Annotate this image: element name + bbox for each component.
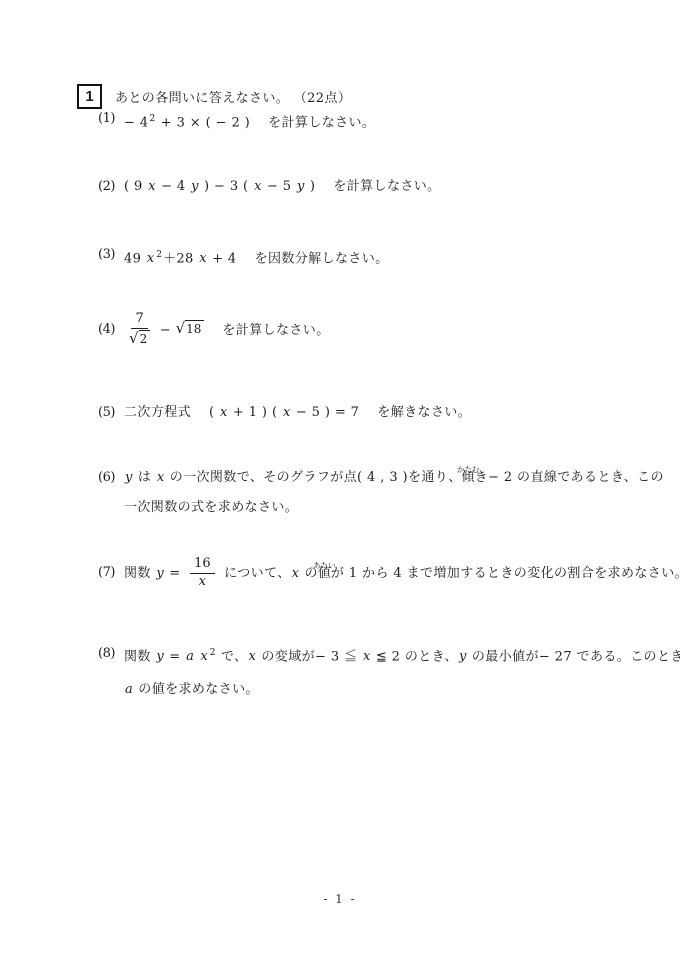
section-number: 1	[85, 88, 93, 105]
text-run: き− 2 の直線であるとき、この	[475, 470, 664, 485]
text-run: 49	[124, 251, 146, 266]
math-variable: x	[156, 470, 165, 485]
text-run: 二次方程式	[124, 405, 191, 420]
math-variable: a	[124, 682, 134, 697]
text-run: 関数	[124, 566, 155, 581]
radical-icon: √	[176, 319, 186, 337]
text-run: について、	[220, 566, 291, 581]
text-run: を因数分解しなさい。	[255, 251, 389, 266]
numerator: 7	[131, 312, 147, 329]
denominator: √2	[129, 329, 150, 349]
text-run: − 5	[262, 179, 296, 194]
text-run: ) − 3 (	[199, 179, 253, 194]
question-5: (5) 二次方程式( x + 1 ) ( x − 5 ) = 7を解きなさい。	[98, 403, 636, 423]
text-run: (	[209, 405, 219, 420]
math-variable: x	[146, 251, 155, 266]
ruby-word: 値あたい	[318, 564, 331, 584]
question-body: 関数 y = 16x について、x の値あたいが 1 から 4 まで増加するとき…	[124, 557, 636, 590]
fraction: 7√2	[129, 312, 150, 349]
radicand: 18	[185, 320, 204, 338]
text-run: で、	[216, 649, 247, 664]
question-body: 関数 y = a x2 で、x の変域が− 3 ≦ x ≦ 2 のとき、y の最…	[124, 637, 636, 706]
numerator: 16	[190, 557, 215, 574]
math-variable: y	[155, 649, 164, 664]
furigana: かたむ	[457, 455, 480, 485]
exponent: 2	[156, 250, 162, 260]
page-number: - 1 -	[0, 892, 680, 906]
question-6: (6) y は x の一次関数で、そのグラフが点( 4 , 3 )を通り、傾かた…	[98, 463, 636, 523]
exponent: 2	[150, 114, 156, 124]
text-run: を計算しなさい。	[333, 179, 440, 194]
text-run: − 4	[124, 115, 149, 130]
question-body: − 42 + 3 × ( − 2 )を計算しなさい。	[124, 109, 636, 133]
question-label: (5)	[98, 403, 124, 423]
square-root: √2	[129, 330, 150, 348]
text-run: + 1 ) (	[228, 405, 282, 420]
question-label: (8)	[98, 637, 124, 670]
question-7: (7) 関数 y = 16x について、x の値あたいが 1 から 4 まで増加…	[98, 551, 636, 595]
section-instruction: あとの各問いに答えなさい。 （22点）	[115, 87, 351, 106]
question-3: (3) 49 x2＋28 x + 4を因数分解しなさい。	[98, 245, 636, 269]
math-variable: x	[147, 179, 156, 194]
text-run: の最小値が− 27 である。このとき、	[467, 649, 680, 664]
exponent: 2	[210, 648, 216, 658]
math-variable: y	[296, 179, 305, 194]
text-run: を計算しなさい。	[268, 115, 375, 130]
text-run: + 3 × ( − 2 )	[156, 115, 250, 130]
question-8: (8) 関数 y = a x2 で、x の変域が− 3 ≦ x ≦ 2 のとき、…	[98, 637, 636, 706]
math-variable: x	[282, 405, 291, 420]
radical-icon: √	[129, 329, 139, 347]
text-run: は	[133, 470, 155, 485]
math-variable: x	[362, 649, 371, 664]
fraction: 16x	[190, 557, 215, 590]
question-2: (2) ( 9 x − 4 y ) − 3 ( x − 5 y )を計算しなさい…	[98, 177, 636, 197]
text-run: =	[165, 566, 185, 581]
ruby-word: 傾かたむ	[462, 463, 475, 493]
question-label: (2)	[98, 177, 124, 197]
text-run: 16	[194, 556, 211, 571]
question-label: (6)	[98, 463, 124, 493]
math-variable: x	[198, 574, 207, 589]
text-run: の値を求めなさい。	[134, 682, 259, 697]
text-run: =	[165, 649, 185, 664]
question-body: 49 x2＋28 x + 4を因数分解しなさい。	[124, 245, 636, 269]
text-run: の一次関数で、そのグラフが点( 4 , 3 )を通り、	[165, 470, 461, 485]
text-run: + 4	[208, 251, 237, 266]
furigana: あたい	[313, 556, 336, 576]
math-variable: x	[253, 179, 262, 194]
math-variable: x	[198, 251, 207, 266]
question-4: (4) 7√2 − √18を計算しなさい。	[98, 307, 636, 353]
text-run: の変域が− 3 ≦	[257, 649, 362, 664]
math-variable: x	[219, 405, 228, 420]
square-root: √18	[176, 320, 205, 338]
text-run: − 4	[157, 179, 191, 194]
question-label: (7)	[98, 563, 124, 583]
text-run: ( 9	[124, 179, 147, 194]
question-body: y は x の一次関数で、そのグラフが点( 4 , 3 )を通り、傾かたむき− …	[124, 463, 636, 523]
question-body: 二次方程式( x + 1 ) ( x − 5 ) = 7を解きなさい。	[124, 403, 636, 423]
question-label: (3)	[98, 245, 124, 265]
question-label: (1)	[98, 109, 124, 129]
text-run: 関数	[124, 649, 155, 664]
math-variable: y	[155, 566, 164, 581]
math-variable: y	[458, 649, 467, 664]
denominator: x	[198, 574, 207, 590]
text-run: ＋28	[163, 251, 198, 266]
text-run: が 1 から 4 まで増加するときの変化の割合を求めなさい。	[331, 566, 680, 581]
question-1: (1) − 42 + 3 × ( − 2 )を計算しなさい。	[98, 109, 636, 133]
text-run: を解きなさい。	[377, 405, 471, 420]
text-run: を計算しなさい。	[222, 323, 329, 338]
question-body: ( 9 x − 4 y ) − 3 ( x − 5 y )を計算しなさい。	[124, 177, 636, 197]
math-variable: x	[248, 649, 257, 664]
text-run: − 5 ) = 7	[291, 405, 359, 420]
section-number-box: 1	[77, 84, 102, 109]
text-run: )	[305, 179, 315, 194]
math-variable: x	[291, 566, 300, 581]
math-variable: a	[185, 649, 195, 664]
text-run: 7	[135, 311, 143, 326]
text-run: −	[155, 323, 175, 338]
text-run: ≦ 2 のとき、	[371, 649, 458, 664]
exam-page: 1 あとの各問いに答えなさい。 （22点） (1) − 42 + 3 × ( −…	[0, 0, 680, 961]
math-variable: y	[124, 470, 133, 485]
question-body: 7√2 − √18を計算しなさい。	[124, 312, 636, 349]
radicand: 2	[139, 330, 151, 348]
math-variable: x	[199, 649, 208, 664]
section-header: 1 あとの各問いに答えなさい。 （22点）	[77, 84, 351, 109]
question-label: (4)	[98, 320, 124, 340]
text-run: 一次関数の式を求めなさい。	[124, 500, 298, 515]
